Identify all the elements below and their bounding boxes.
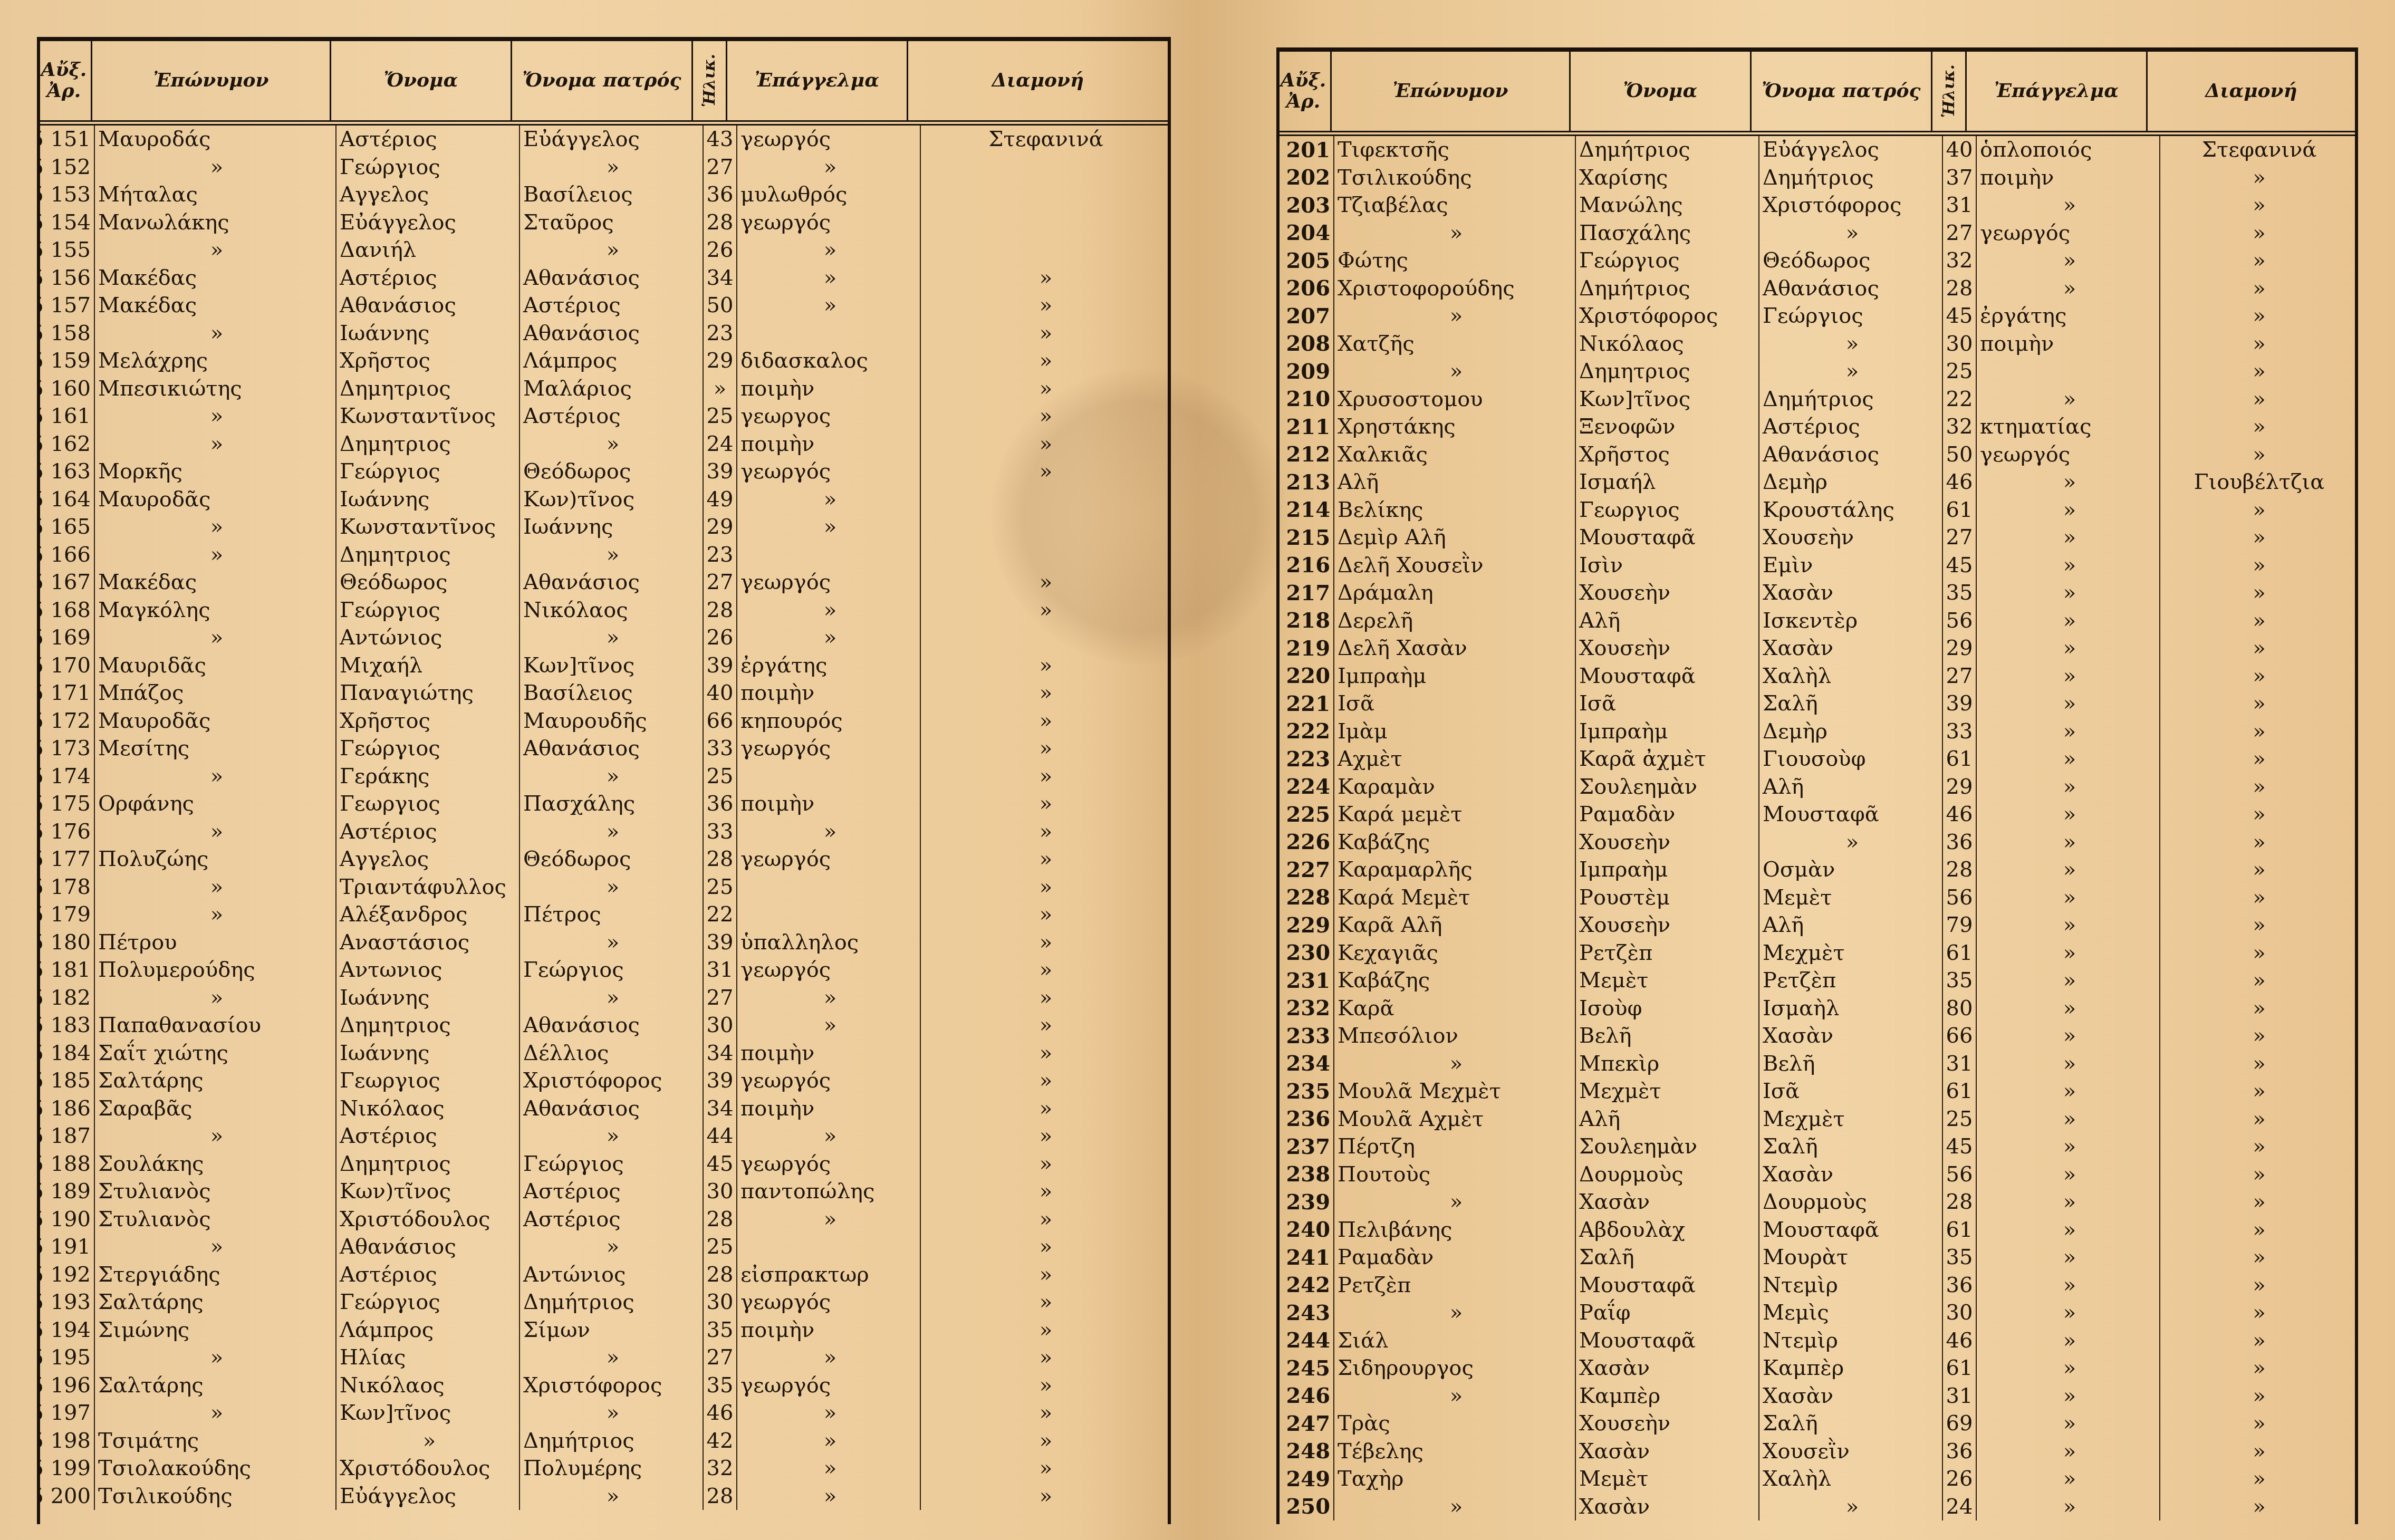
cell-residence: »: [2160, 191, 2355, 219]
table-row: 5 180ΠέτρουΑναστάσιος»39ὑπαλληλος»: [40, 929, 1168, 957]
cell-number: 5 225: [1280, 801, 1334, 829]
cell-age: 79: [1943, 911, 1977, 939]
cell-residence: »: [921, 1233, 1168, 1261]
cell-residence: »: [2160, 1438, 2355, 1466]
table-row: 5 177ΠολυζώηςΑγγελοςΘεόδωρος28γεωργός»: [40, 845, 1168, 873]
cell-name: Χριστόφορος: [1576, 302, 1759, 330]
cell-surname: Τσιλικούδης: [1334, 164, 1576, 192]
cell-number: 5 197: [40, 1399, 95, 1427]
cell-father-name: Βασίλειος: [520, 181, 704, 209]
cell-age: 28: [704, 1483, 737, 1510]
cell-father-name: Θεόδωρος: [520, 845, 704, 873]
table-row: 5 162»Δημητριος»24ποιμὴν»: [40, 430, 1168, 458]
cell-surname: Μήταλας: [95, 181, 336, 209]
cell-father-name: Χριστόφορος: [1759, 191, 1943, 219]
table-row: 5 191»Αθανάσιος»25»: [40, 1233, 1168, 1261]
cell-father-name: Χασὰν: [1759, 634, 1943, 662]
cell-name: Γεώργιος: [336, 1288, 520, 1316]
cell-father-name: Ισᾶ: [1759, 1077, 1943, 1105]
cell-age: 32: [1943, 413, 1977, 441]
cell-profession: »: [737, 1483, 921, 1510]
cell-father-name: Αλῆ: [1759, 911, 1943, 939]
cell-surname: »: [95, 430, 336, 458]
cell-age: 69: [1943, 1410, 1977, 1438]
header-number: Αὔξ. Ἀρ.: [1280, 52, 1332, 131]
header-residence: Διαμονή: [908, 41, 1168, 120]
cell-profession: διδασκαλος: [737, 347, 921, 375]
cell-father-name: »: [520, 1122, 704, 1150]
cell-number: 5 243: [1280, 1299, 1334, 1327]
cell-residence: »: [921, 430, 1168, 458]
cell-profession: »: [1977, 1438, 2160, 1466]
cell-number: 5 216: [1280, 552, 1334, 580]
table-row: 5 190ΣτυλιανὸςΧριστόδουλοςΑστέριος28»»: [40, 1206, 1168, 1234]
cell-name: Αστέριος: [336, 264, 520, 292]
cell-profession: »: [1977, 1050, 2160, 1078]
cell-profession: »: [1977, 801, 2160, 829]
table-row: 5 248ΤέβεληςΧασὰνΧουσεῒν36»»: [1280, 1438, 2355, 1466]
cell-name: Ιμπραὴμ: [1576, 718, 1759, 746]
cell-surname: »: [95, 984, 336, 1012]
cell-age: 39: [704, 652, 737, 680]
table-row: 5 163ΜορκῆςΓεώργιοςΘεόδωρος39γεωργός»: [40, 458, 1168, 486]
cell-residence: »: [921, 1122, 1168, 1150]
table-row: 5 218ΔερελῆΑλῆΙσκεντὲρ56»»: [1280, 607, 2355, 635]
cell-name: Αστέριος: [336, 1261, 520, 1289]
cell-surname: Καρά μεμὲτ: [1334, 801, 1576, 829]
cell-residence: »: [921, 1316, 1168, 1344]
cell-number: 5 172: [40, 707, 95, 735]
cell-father-name: »: [520, 984, 704, 1012]
cell-residence: »: [2160, 1133, 2355, 1161]
cell-surname: Πολυζώης: [95, 845, 336, 873]
cell-father-name: »: [520, 1483, 704, 1510]
table-row: 5 230ΚεχαγιᾶςΡετζὲπΜεχμὲτ61»»: [1280, 939, 2355, 967]
cell-age: 31: [704, 956, 737, 984]
cell-name: Μεμὲτ: [1576, 967, 1759, 995]
table-row: 5 175ΟρφάνηςΓεωργιοςΠασχάλης36ποιμὴν»: [40, 790, 1168, 818]
cell-surname: Χριστοφορούδης: [1334, 275, 1576, 303]
cell-residence: »: [2160, 579, 2355, 607]
cell-profession: »: [1977, 1244, 2160, 1272]
cell-surname: Καρά Μεμὲτ: [1334, 884, 1576, 912]
cell-surname: Μαγκόλης: [95, 596, 336, 624]
header-surname: Ἐπώνυμον: [92, 41, 331, 120]
cell-father-name: Δουρμοὺς: [1759, 1188, 1943, 1216]
cell-age: 39: [704, 929, 737, 957]
cell-profession: »: [1977, 247, 2160, 275]
cell-surname: Στυλιανὸς: [95, 1178, 336, 1206]
table-row: 5 171ΜπάζοςΠαναγιώτηςΒασίλειος40ποιμὴν»: [40, 679, 1168, 707]
cell-father-name: Αθανάσιος: [520, 569, 704, 596]
cell-father-name: »: [520, 541, 704, 569]
cell-residence: »: [2160, 607, 2355, 635]
cell-father-name: »: [520, 624, 704, 652]
cell-surname: Μορκῆς: [95, 458, 336, 486]
cell-name: Λάμπρος: [336, 1316, 520, 1344]
cell-residence: »: [2160, 884, 2355, 912]
cell-number: 5 203: [1280, 191, 1334, 219]
table-row: 5 158»ΙωάννηςΑθανάσιος23»: [40, 320, 1168, 348]
table-row: 5 202ΤσιλικούδηςΧαρίσηςΔημήτριος37ποιμὴν…: [1280, 164, 2355, 192]
cell-father-name: Αστέριος: [520, 1206, 704, 1234]
cell-residence: »: [921, 707, 1168, 735]
cell-number: 5 221: [1280, 690, 1334, 718]
cell-number: 5 156: [40, 264, 95, 292]
cell-residence: »: [2160, 1050, 2355, 1078]
cell-father-name: Γεώργιος: [1759, 302, 1943, 330]
cell-father-name: Οσμὰν: [1759, 856, 1943, 884]
cell-father-name: »: [520, 763, 704, 791]
cell-profession: »: [1977, 911, 2160, 939]
table-row: 5 224ΚαραμὰνΣουλεημὰνΑλῆ29»»: [1280, 773, 2355, 801]
cell-residence: »: [2160, 1244, 2355, 1272]
cell-profession: ποιμὴν: [737, 1316, 921, 1344]
cell-surname: Σιάλ: [1334, 1327, 1576, 1355]
cell-name: Ρετζὲπ: [1576, 939, 1759, 967]
cell-surname: Τέβελης: [1334, 1438, 1576, 1466]
cell-number: 5 207: [1280, 302, 1334, 330]
cell-age: 61: [1943, 1216, 1977, 1244]
cell-age: 25: [1943, 1105, 1977, 1133]
cell-name: Μανώλης: [1576, 191, 1759, 219]
cell-father-name: Νικόλαος: [520, 596, 704, 624]
cell-number: 5 212: [1280, 441, 1334, 469]
cell-name: Δημήτριος: [1576, 136, 1759, 164]
cell-age: 24: [704, 430, 737, 458]
cell-surname: »: [95, 541, 336, 569]
cell-profession: »: [1977, 745, 2160, 773]
cell-profession: »: [1977, 1382, 2160, 1410]
cell-number: 5 183: [40, 1012, 95, 1039]
register-table-left: Αὔξ. Ἀρ. Ἐπώνυμον Ὄνομα Ὄνομα πατρός Ἡλι…: [37, 37, 1171, 1524]
table-row: 5 152»Γεώργιος»27»: [40, 153, 1168, 181]
cell-age: 36: [704, 181, 737, 209]
cell-surname: »: [1334, 358, 1576, 386]
cell-profession: γεωργός: [737, 209, 921, 237]
cell-name: Ιωάννης: [336, 486, 520, 514]
cell-surname: Ιμπραὴμ: [1334, 662, 1576, 690]
cell-surname: Σαλτάρης: [95, 1372, 336, 1400]
cell-name: Χουσεὴν: [1576, 1410, 1759, 1438]
cell-surname: Μαυροδᾶς: [95, 707, 336, 735]
cell-father-name: Χριστόφορος: [520, 1372, 704, 1400]
cell-age: 35: [1943, 1244, 1977, 1272]
cell-father-name: Εμὶν: [1759, 552, 1943, 580]
header-father-name: Ὄνομα πατρός: [512, 41, 693, 120]
cell-surname: Ταχὴρ: [1334, 1465, 1576, 1493]
cell-number: 5 190: [40, 1206, 95, 1234]
cell-residence: »: [2160, 247, 2355, 275]
table-row: 5 176»Αστέριος»33»»: [40, 818, 1168, 846]
cell-residence: »: [921, 1150, 1168, 1178]
cell-age: 39: [1943, 690, 1977, 718]
table-row: 5 181ΠολυμερούδηςΑντωνιοςΓεώργιος31γεωργ…: [40, 956, 1168, 984]
cell-age: 28: [704, 209, 737, 237]
table-row: 5 215Δεμὶρ ΑλῆΜουσταφᾶΧουσεὴν27»»: [1280, 524, 2355, 552]
cell-name: Ξενοφῶν: [1576, 413, 1759, 441]
cell-name: Μεμὲτ: [1576, 1465, 1759, 1493]
cell-age: 24: [1943, 1493, 1977, 1521]
cell-residence: [921, 153, 1168, 181]
cell-number: 5 224: [1280, 773, 1334, 801]
cell-profession: »: [1977, 718, 2160, 746]
cell-profession: ποιμὴν: [737, 375, 921, 403]
cell-age: 35: [1943, 579, 1977, 607]
cell-profession: »: [737, 596, 921, 624]
table-row: 5 211ΧρηστάκηςΞενοφῶνΑστέριος32κτηματίας…: [1280, 413, 2355, 441]
cell-residence: [921, 541, 1168, 569]
cell-age: »: [704, 375, 737, 403]
cell-residence: »: [921, 1261, 1168, 1289]
cell-father-name: Χριστόφορος: [520, 1067, 704, 1095]
cell-number: 5 201: [1280, 136, 1334, 164]
cell-profession: »: [1977, 1493, 2160, 1521]
cell-surname: Μαυροδάς: [95, 126, 336, 153]
cell-number: 5 236: [1280, 1105, 1334, 1133]
cell-residence: »: [921, 1095, 1168, 1123]
cell-surname: Καβάζης: [1334, 829, 1576, 856]
cell-residence: »: [2160, 1410, 2355, 1438]
cell-age: 36: [1943, 829, 1977, 856]
cell-surname: Μακέδας: [95, 292, 336, 320]
cell-surname: Καρᾶ Αλῆ: [1334, 911, 1576, 939]
table-row: 5 241ΡαμαδὰνΣαλῆΜουρὰτ35»»: [1280, 1244, 2355, 1272]
cell-profession: ποιμὴν: [737, 1095, 921, 1123]
cell-number: 5 154: [40, 209, 95, 237]
cell-name: Χασὰν: [1576, 1188, 1759, 1216]
cell-number: 5 223: [1280, 745, 1334, 773]
cell-profession: ὁπλοποιός: [1977, 136, 2160, 164]
cell-name: Χριστόδουλος: [336, 1206, 520, 1234]
cell-age: 31: [1943, 1382, 1977, 1410]
cell-age: 46: [704, 1399, 737, 1427]
table-row: 5 189ΣτυλιανὸςΚων)τῖνοςΑστέριος30παντοπώ…: [40, 1178, 1168, 1206]
cell-residence: »: [2160, 829, 2355, 856]
cell-father-name: Ισμαὴλ: [1759, 995, 1943, 1023]
cell-age: 26: [704, 236, 737, 264]
cell-residence: »: [2160, 967, 2355, 995]
table-row: 5 212ΧαλκιᾶςΧρῆστοςΑθανάσιος50γεωργός»: [1280, 441, 2355, 469]
table-row: 5 159ΜελάχρηςΧρῆστοςΛάμπρος29διδασκαλος»: [40, 347, 1168, 375]
cell-surname: Χατζῆς: [1334, 330, 1576, 358]
cell-age: 33: [704, 735, 737, 763]
cell-age: 61: [1943, 496, 1977, 524]
cell-age: 27: [704, 1344, 737, 1372]
cell-name: Ιωάννης: [336, 1039, 520, 1067]
cell-surname: Δερελῆ: [1334, 607, 1576, 635]
table-body: 5 201ΤιφεκτσῆςΔημήτριοςΕὐάγγελος40ὁπλοπο…: [1280, 136, 2355, 1520]
cell-father-name: »: [520, 873, 704, 901]
cell-profession: »: [1977, 1465, 2160, 1493]
cell-name: Καμπὲρ: [1576, 1382, 1759, 1410]
cell-profession: γεωργός: [737, 126, 921, 153]
cell-age: 31: [1943, 191, 1977, 219]
cell-number: 5 226: [1280, 829, 1334, 856]
cell-residence: »: [921, 1455, 1168, 1483]
cell-father-name: Μαυρουδῆς: [520, 707, 704, 735]
cell-profession: ποιμὴν: [737, 1039, 921, 1067]
cell-profession: »: [737, 1455, 921, 1483]
cell-age: 28: [704, 845, 737, 873]
cell-surname: »: [95, 763, 336, 791]
cell-number: 5 220: [1280, 662, 1334, 690]
cell-father-name: »: [520, 818, 704, 846]
table-row: 5 231ΚαβάζηςΜεμὲτΡετζὲπ35»»: [1280, 967, 2355, 995]
cell-number: 5 242: [1280, 1272, 1334, 1300]
table-row: 5 223ΑχμὲτΚαρᾶ ἀχμὲτΓιουσοὺφ61»»: [1280, 745, 2355, 773]
table-row: 5 207»ΧριστόφοροςΓεώργιος45ἐργάτης»: [1280, 302, 2355, 330]
cell-age: 30: [704, 1288, 737, 1316]
cell-surname: Μαυροδᾶς: [95, 486, 336, 514]
table-row: 5 235Μουλᾶ ΜεχμὲτΜεχμὲτΙσᾶ61»»: [1280, 1077, 2355, 1105]
cell-number: 5 227: [1280, 856, 1334, 884]
cell-name: Δανιήλ: [336, 236, 520, 264]
table-row: 5 156ΜακέδαςΑστέριοςΑθανάσιος34»»: [40, 264, 1168, 292]
cell-name: Χουσεὴν: [1576, 911, 1759, 939]
cell-father-name: Χαλὴλ: [1759, 1465, 1943, 1493]
cell-name: Αβδουλὰχ: [1576, 1216, 1759, 1244]
cell-name: Χουσεὴν: [1576, 634, 1759, 662]
cell-number: 5 160: [40, 375, 95, 403]
cell-surname: Μεσίτης: [95, 735, 336, 763]
cell-age: 45: [1943, 1133, 1977, 1161]
cell-number: 5 184: [40, 1039, 95, 1067]
cell-name: Ισᾶ: [1576, 690, 1759, 718]
cell-number: 5 163: [40, 458, 95, 486]
cell-father-name: »: [520, 430, 704, 458]
cell-name: Γεράκης: [336, 763, 520, 791]
cell-name: Γεώργιος: [1576, 247, 1759, 275]
cell-name: Ηλίας: [336, 1344, 520, 1372]
cell-profession: [1977, 358, 2160, 386]
cell-surname: Μακέδας: [95, 264, 336, 292]
cell-surname: Πέρτζη: [1334, 1133, 1576, 1161]
cell-name: Μουσταφᾶ: [1576, 662, 1759, 690]
cell-surname: Πελιβάνης: [1334, 1216, 1576, 1244]
cell-surname: Τσιλικούδης: [95, 1483, 336, 1510]
cell-residence: »: [2160, 856, 2355, 884]
cell-name: Ραμαδὰν: [1576, 801, 1759, 829]
cell-number: 5 181: [40, 956, 95, 984]
cell-number: 5 187: [40, 1122, 95, 1150]
table-row: 5 166»Δημητριος»23: [40, 541, 1168, 569]
table-row: 5 233ΜπεσόλιονΒελῆΧασὰν66»»: [1280, 1022, 2355, 1050]
register-table-right: Αὔξ. Ἀρ. Ἐπώνυμον Ὄνομα Ὄνομα πατρός Ἡλι…: [1276, 47, 2358, 1524]
cell-father-name: »: [520, 1399, 704, 1427]
cell-surname: »: [1334, 1188, 1576, 1216]
cell-age: 56: [1943, 1161, 1977, 1189]
cell-surname: »: [95, 513, 336, 541]
cell-surname: Τσιμάτης: [95, 1427, 336, 1455]
cell-profession: [737, 901, 921, 929]
cell-number: 5 209: [1280, 358, 1334, 386]
cell-profession: »: [1977, 1299, 2160, 1327]
cell-residence: »: [921, 1399, 1168, 1427]
cell-profession: »: [737, 153, 921, 181]
cell-surname: Τσιολακούδης: [95, 1455, 336, 1483]
cell-residence: »: [2160, 496, 2355, 524]
table-row: 5 196ΣαλτάρηςΝικόλαοςΧριστόφορος35γεωργό…: [40, 1372, 1168, 1400]
cell-residence: »: [921, 790, 1168, 818]
cell-age: 50: [704, 292, 737, 320]
cell-profession: »: [737, 1122, 921, 1150]
cell-age: 25: [704, 1233, 737, 1261]
table-row: 5 153ΜήταλαςΑγγελοςΒασίλειος36μυλωθρός: [40, 181, 1168, 209]
cell-age: 29: [704, 347, 737, 375]
cell-profession: γεωργός: [737, 845, 921, 873]
cell-age: 45: [1943, 552, 1977, 580]
cell-age: 45: [704, 1150, 737, 1178]
cell-residence: »: [921, 1372, 1168, 1400]
cell-age: 32: [704, 1455, 737, 1483]
cell-father-name: Μεχμὲτ: [1759, 1105, 1943, 1133]
cell-residence: »: [2160, 1299, 2355, 1327]
cell-profession: »: [737, 1427, 921, 1455]
header-profession: Ἐπάγγελμα: [727, 41, 908, 120]
table-row: 5 184Σαΐτ χιώτηςΙωάννηςΔέλλιος34ποιμὴν»: [40, 1039, 1168, 1067]
cell-name: Δημητριος: [336, 541, 520, 569]
cell-name: Ιωάννης: [336, 984, 520, 1012]
cell-residence: [921, 181, 1168, 209]
cell-residence: Στεφανινά: [921, 126, 1168, 153]
cell-residence: »: [2160, 745, 2355, 773]
cell-name: Αγγελος: [336, 845, 520, 873]
cell-surname: »: [95, 818, 336, 846]
cell-father-name: Μεμὶς: [1759, 1299, 1943, 1327]
cell-number: 5 233: [1280, 1022, 1334, 1050]
cell-father-name: Αθανάσιος: [520, 1095, 704, 1123]
cell-profession: γεωργός: [737, 956, 921, 984]
cell-father-name: Μουρὰτ: [1759, 1244, 1943, 1272]
cell-residence: »: [2160, 1272, 2355, 1300]
cell-surname: Βελίκης: [1334, 496, 1576, 524]
table-row: 5 154ΜανωλάκηςΕὐάγγελοςΣταῦρος28γεωργός: [40, 209, 1168, 237]
cell-profession: »: [1977, 524, 2160, 552]
cell-father-name: Γεώργιος: [520, 956, 704, 984]
cell-surname: Ρετζὲπ: [1334, 1272, 1576, 1300]
cell-residence: [921, 209, 1168, 237]
cell-number: 5 185: [40, 1067, 95, 1095]
cell-age: 23: [704, 541, 737, 569]
cell-father-name: Ντεμὶρ: [1759, 1327, 1943, 1355]
table-row: 5 221ΙσᾶΙσᾶΣαλῆ39»»: [1280, 690, 2355, 718]
cell-father-name: Πασχάλης: [520, 790, 704, 818]
cell-age: 56: [1943, 884, 1977, 912]
cell-name: Κωνσταντῖνος: [336, 513, 520, 541]
cell-father-name: Χασὰν: [1759, 1161, 1943, 1189]
cell-residence: »: [921, 347, 1168, 375]
cell-father-name: Αθανάσιος: [520, 735, 704, 763]
cell-age: 66: [704, 707, 737, 735]
cell-profession: [737, 320, 921, 348]
cell-age: 46: [1943, 1327, 1977, 1355]
cell-name: Γεώργιος: [336, 153, 520, 181]
cell-surname: Καραμὰν: [1334, 773, 1576, 801]
cell-father-name: Λάμπρος: [520, 347, 704, 375]
cell-number: 5 189: [40, 1178, 95, 1206]
cell-surname: »: [95, 1344, 336, 1372]
cell-name: Νικόλαος: [1576, 330, 1759, 358]
table-row: 5 208ΧατζῆςΝικόλαος»30ποιμὴν»: [1280, 330, 2355, 358]
cell-residence: »: [2160, 1327, 2355, 1355]
cell-age: 36: [1943, 1438, 1977, 1466]
cell-profession: [737, 1233, 921, 1261]
cell-name: Δημητριος: [336, 1012, 520, 1039]
cell-residence: »: [921, 1206, 1168, 1234]
cell-residence: »: [2160, 1354, 2355, 1382]
cell-profession: »: [1977, 191, 2160, 219]
